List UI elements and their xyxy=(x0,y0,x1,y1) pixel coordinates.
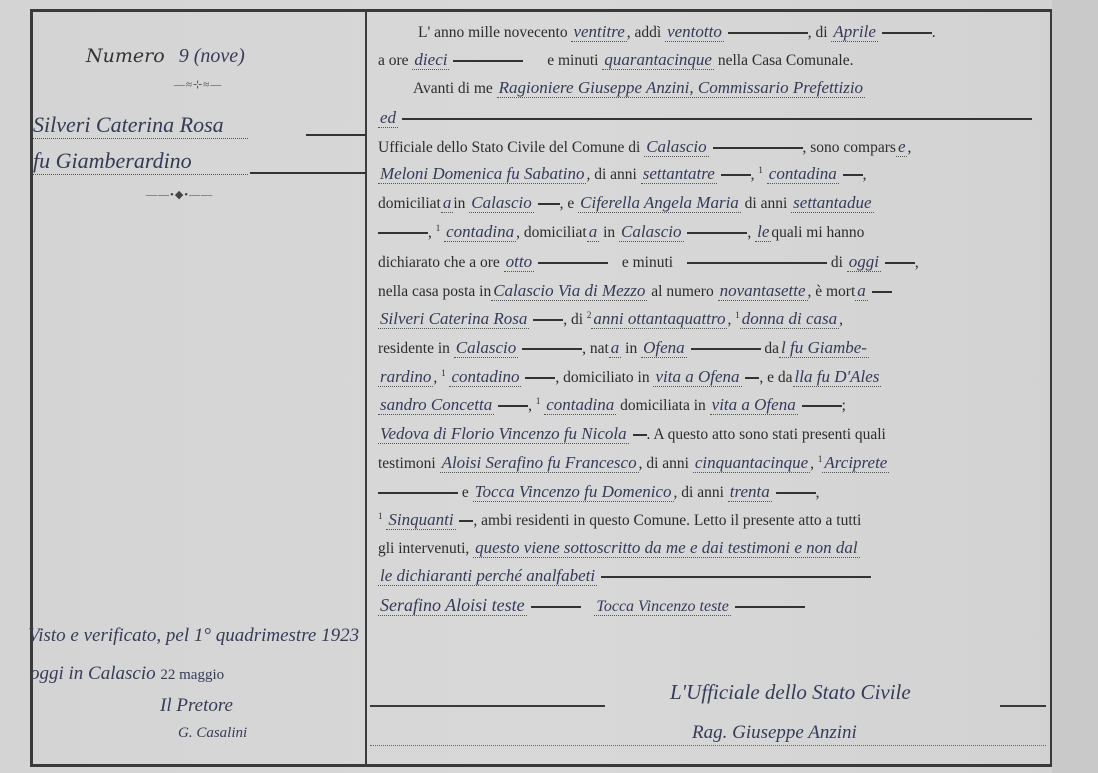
witness-signatures-line: Serafino Aloisi teste Tocca Vincenzo tes… xyxy=(378,595,1046,625)
fill-line xyxy=(872,291,892,293)
gender-suffix: a xyxy=(609,338,622,358)
fill-line xyxy=(885,262,915,264)
printed-text: , di xyxy=(808,24,828,41)
printed-text: in xyxy=(453,195,465,212)
ornament-divider-bottom: ——•◆•—— xyxy=(146,188,213,201)
printed-text: , e xyxy=(560,195,575,212)
signing-statement-field: questo viene sottoscritto da me e dai te… xyxy=(473,538,859,558)
printed-text: domiciliat xyxy=(378,195,441,212)
fill-line xyxy=(721,174,751,176)
hour-field: dieci xyxy=(412,50,449,70)
mother-name-field: lla fu D'Ales xyxy=(793,367,882,387)
witness1-occupation-field: Arciprete xyxy=(822,453,889,473)
fill-line xyxy=(459,520,473,522)
article-field: le xyxy=(755,222,771,242)
mother-residence-field: vita a Ofena xyxy=(710,395,798,415)
fill-line xyxy=(498,405,528,407)
printed-text: , xyxy=(839,311,843,328)
printed-text: , xyxy=(528,397,532,414)
deceased-name-line2: fu Giamberardino xyxy=(33,148,248,175)
printed-text: nella Casa Comunale. xyxy=(718,52,854,69)
death-day-field: oggi xyxy=(847,252,881,272)
spouse-field: Vedova di Florio Vincenzo fu Nicola xyxy=(378,424,629,444)
fill-line xyxy=(601,576,871,578)
fill-line xyxy=(522,348,582,350)
body-line-19: gli intervenuti, questo viene sottoscrit… xyxy=(378,538,1046,568)
body-line-2: a ore dieci e minuti quarantacinque nell… xyxy=(378,50,1046,80)
declarant2-occupation-field: contadina xyxy=(444,222,516,242)
body-line-9: dichiarato che a ore otto e minuti di og… xyxy=(378,252,1046,282)
body-line-10: nella casa posta inCalascio Via di Mezzo… xyxy=(378,281,1046,311)
gender-suffix: a xyxy=(587,222,600,242)
printed-text: e minuti xyxy=(547,52,598,69)
body-line-15: Vedova di Florio Vincenzo fu Nicola . A … xyxy=(378,424,1046,454)
footnote-marker: 1 xyxy=(536,396,541,406)
body-line-5: Ufficiale dello Stato Civile del Comune … xyxy=(378,137,1046,167)
signature-rule xyxy=(370,705,605,707)
minutes-field: quarantacinque xyxy=(602,50,714,70)
declarant2-name-field: Ciferella Angela Maria xyxy=(578,193,741,213)
footnote-marker: 1 xyxy=(436,223,441,233)
fill-line xyxy=(713,147,803,149)
declarant1-age-field: settantatre xyxy=(641,164,717,184)
body-line-17: e Tocca Vincenzo fu Domenico, di anni tr… xyxy=(378,482,1046,512)
printed-text: , di anni xyxy=(586,166,636,183)
printed-text: quali mi hanno xyxy=(771,224,864,241)
column-divider xyxy=(365,10,367,767)
printed-text: , di anni xyxy=(674,484,724,501)
fill-line xyxy=(453,60,523,62)
witness1-name-field: Aloisi Serafino fu Francesco xyxy=(440,453,639,473)
printed-text: , xyxy=(428,224,432,241)
fill-line xyxy=(745,377,759,379)
fill-line xyxy=(776,492,816,494)
footnote-marker: 1 xyxy=(758,165,763,175)
witness2-age-field: trenta xyxy=(728,482,772,502)
printed-text: , xyxy=(907,139,911,156)
officer-title-signature: L'Ufficiale dello Stato Civile xyxy=(670,680,911,705)
death-hour-field: otto xyxy=(504,252,534,272)
body-line-4: ed xyxy=(378,108,1046,138)
annotation-title: Il Pretore xyxy=(160,695,233,717)
annotation-signature: G. Casalini xyxy=(178,725,247,742)
footnote-marker: 1 xyxy=(378,511,383,521)
mother-name-cont-field: sandro Concetta xyxy=(378,395,494,415)
fill-line xyxy=(882,32,932,34)
body-line-7: domiciliatain Calascio , e Ciferella Ang… xyxy=(378,193,1046,223)
death-address-field: Calascio Via di Mezzo xyxy=(491,281,647,301)
fill-line xyxy=(691,348,761,350)
house-number-field: novantasette xyxy=(718,281,808,301)
father-name-cont-field: rardino xyxy=(378,367,433,387)
body-line-13: rardino, 1 contadino , domiciliato in vi… xyxy=(378,367,1046,397)
printed-text: , di anni xyxy=(639,455,689,472)
printed-text: domiciliata in xyxy=(620,397,706,414)
father-name-field: l fu Giambe- xyxy=(779,338,869,358)
father-occupation-field: contadino xyxy=(449,367,521,387)
declarant1-residence-field: Calascio xyxy=(469,193,533,213)
printed-text: , è mort xyxy=(808,283,856,300)
body-line-11: Silveri Caterina Rosa , di 2anni ottanta… xyxy=(378,309,1046,339)
witness2-name-field: Tocca Vincenzo fu Domenico xyxy=(473,482,674,502)
fill-line xyxy=(378,492,458,494)
record-number-label: Numero xyxy=(86,45,165,67)
body-line-20: le dichiaranti perché analfabeti xyxy=(378,566,1046,596)
gender-suffix: a xyxy=(855,281,868,301)
fill-line xyxy=(402,118,1032,120)
deceased-age-field: anni ottantaquattro xyxy=(591,309,727,329)
printed-text: gli intervenuti, xyxy=(378,540,469,557)
witness2-signature: Tocca Vincenzo teste xyxy=(594,598,730,616)
body-line-8: , 1 contadina, domiciliata in Calascio ,… xyxy=(378,222,1046,252)
printed-text: . A questo atto sono stati presenti qual… xyxy=(647,426,886,443)
mother-occupation-field: contadina xyxy=(544,395,616,415)
printed-text: , nat xyxy=(582,340,609,357)
deceased-name-line1: Silveri Caterina Rosa xyxy=(33,112,248,139)
fill-line xyxy=(538,203,560,205)
printed-text: , xyxy=(863,166,867,183)
record-number: Numero 9 (nove) xyxy=(86,45,245,68)
signature-dotted-rule xyxy=(370,745,1046,746)
printed-text: nella casa posta in xyxy=(378,283,491,300)
officer-signature: Rag. Giuseppe Anzini xyxy=(692,722,857,744)
printed-text: , addì xyxy=(627,24,661,41)
page-margin xyxy=(1052,0,1098,773)
printed-text: di anni xyxy=(745,195,788,212)
body-line-14: sandro Concetta , 1 contadina domiciliat… xyxy=(378,395,1046,425)
signing-statement-cont-field: le dichiaranti perché analfabeti xyxy=(378,566,597,586)
printed-text: in xyxy=(625,340,637,357)
gender-suffix: a xyxy=(441,193,454,213)
printed-text: L' anno mille novecento xyxy=(418,24,568,41)
day-field: ventotto xyxy=(665,22,724,42)
death-minutes-blank xyxy=(687,262,827,264)
witness1-age-field: cinquantacinque xyxy=(693,453,810,473)
witness1-signature: Serafino Aloisi teste xyxy=(378,595,527,616)
body-line-18: 1 Sinquanti , ambi residenti in questo C… xyxy=(378,510,1046,540)
printed-text: , xyxy=(915,254,919,271)
fill-line xyxy=(728,32,808,34)
printed-text: al numero xyxy=(651,283,713,300)
printed-text: , ambi residenti in questo Comune. Letto… xyxy=(473,512,861,529)
father-residence-field: vita a Ofena xyxy=(653,367,741,387)
printed-text: , xyxy=(747,224,751,241)
deceased-residence-field: Calascio xyxy=(454,338,518,358)
printed-text: , xyxy=(816,484,820,501)
printed-text: dichiarato che a ore xyxy=(378,254,500,271)
footnote-marker: 1 xyxy=(441,368,446,378)
birthplace-field: Ofena xyxy=(641,338,687,358)
fill-line xyxy=(802,405,842,407)
annotation-line1: Visto e verificato, pel 1° quadrimestre … xyxy=(28,625,359,647)
printed-text: residente in xyxy=(378,340,450,357)
annotation-date: 22 maggio xyxy=(160,667,224,683)
annotation-line2: oggi in Calascio 22 maggio xyxy=(30,663,224,685)
printed-text: , xyxy=(751,166,755,183)
ornament-divider-top: —≈⊹≈— xyxy=(174,78,222,91)
printed-text: . xyxy=(932,24,936,41)
fill-line xyxy=(531,606,581,608)
body-line-6: Meloni Domenica fu Sabatino, di anni set… xyxy=(378,164,1046,194)
fill-line xyxy=(843,174,863,176)
declarant2-age-field: settantadue xyxy=(791,193,873,213)
printed-text: ; xyxy=(842,397,846,414)
annotation-place: oggi in Calascio xyxy=(30,663,156,684)
printed-text: Avanti di me xyxy=(413,80,493,97)
fill-line xyxy=(306,134,366,136)
declarant2-residence-field: Calascio xyxy=(619,222,683,242)
conjunction-field: ed xyxy=(378,108,398,128)
fill-line xyxy=(687,232,747,234)
printed-text: , di xyxy=(563,311,583,328)
body-line-16: testimoni Aloisi Serafino fu Francesco, … xyxy=(378,453,1046,483)
record-number-value: 9 (nove) xyxy=(179,45,245,67)
deceased-occupation-field: donna di casa xyxy=(740,309,839,329)
printed-text: , e da xyxy=(759,369,792,386)
printed-text: , domiciliato in xyxy=(555,369,649,386)
printed-text: , sono compars xyxy=(803,139,896,156)
fill-line xyxy=(633,434,647,436)
printed-text: Ufficiale dello Stato Civile del Comune … xyxy=(378,139,640,156)
printed-text: testimoni xyxy=(378,455,436,472)
fill-line xyxy=(250,172,366,174)
printed-text: , xyxy=(727,311,731,328)
fill-line xyxy=(538,262,608,264)
printed-text: , domiciliat xyxy=(516,224,587,241)
printed-text: , xyxy=(433,369,437,386)
officer-field: Ragioniere Giuseppe Anzini, Commissario … xyxy=(497,78,865,98)
declarant1-name-field: Meloni Domenica fu Sabatino xyxy=(378,164,586,184)
printed-text: a ore xyxy=(378,52,409,69)
year-field: ventitre xyxy=(571,22,626,42)
printed-text: da xyxy=(764,340,779,357)
comune-field: Calascio xyxy=(644,137,708,157)
printed-text: , xyxy=(810,455,814,472)
printed-text: in xyxy=(603,224,615,241)
printed-text: e xyxy=(462,484,469,501)
body-line-3: Avanti di me Ragioniere Giuseppe Anzini,… xyxy=(378,78,1081,108)
fill-line xyxy=(533,319,563,321)
fill-line xyxy=(525,377,555,379)
body-line-12: residente in Calascio , nata in Ofena da… xyxy=(378,338,1046,368)
fill-line xyxy=(378,232,428,234)
declarant1-occupation-field: contadina xyxy=(767,164,839,184)
printed-text: di xyxy=(831,254,843,271)
body-line-1: L' anno mille novecento ventitre, addì v… xyxy=(378,22,1086,52)
printed-text: e minuti xyxy=(622,254,673,271)
signature-rule xyxy=(1000,705,1046,707)
witness2-occupation-field: Sinquanti xyxy=(386,510,455,530)
deceased-name-field: Silveri Caterina Rosa xyxy=(378,309,529,329)
gender-suffix: e xyxy=(896,137,908,157)
fill-line xyxy=(735,606,805,608)
month-field: Aprile xyxy=(831,22,878,42)
